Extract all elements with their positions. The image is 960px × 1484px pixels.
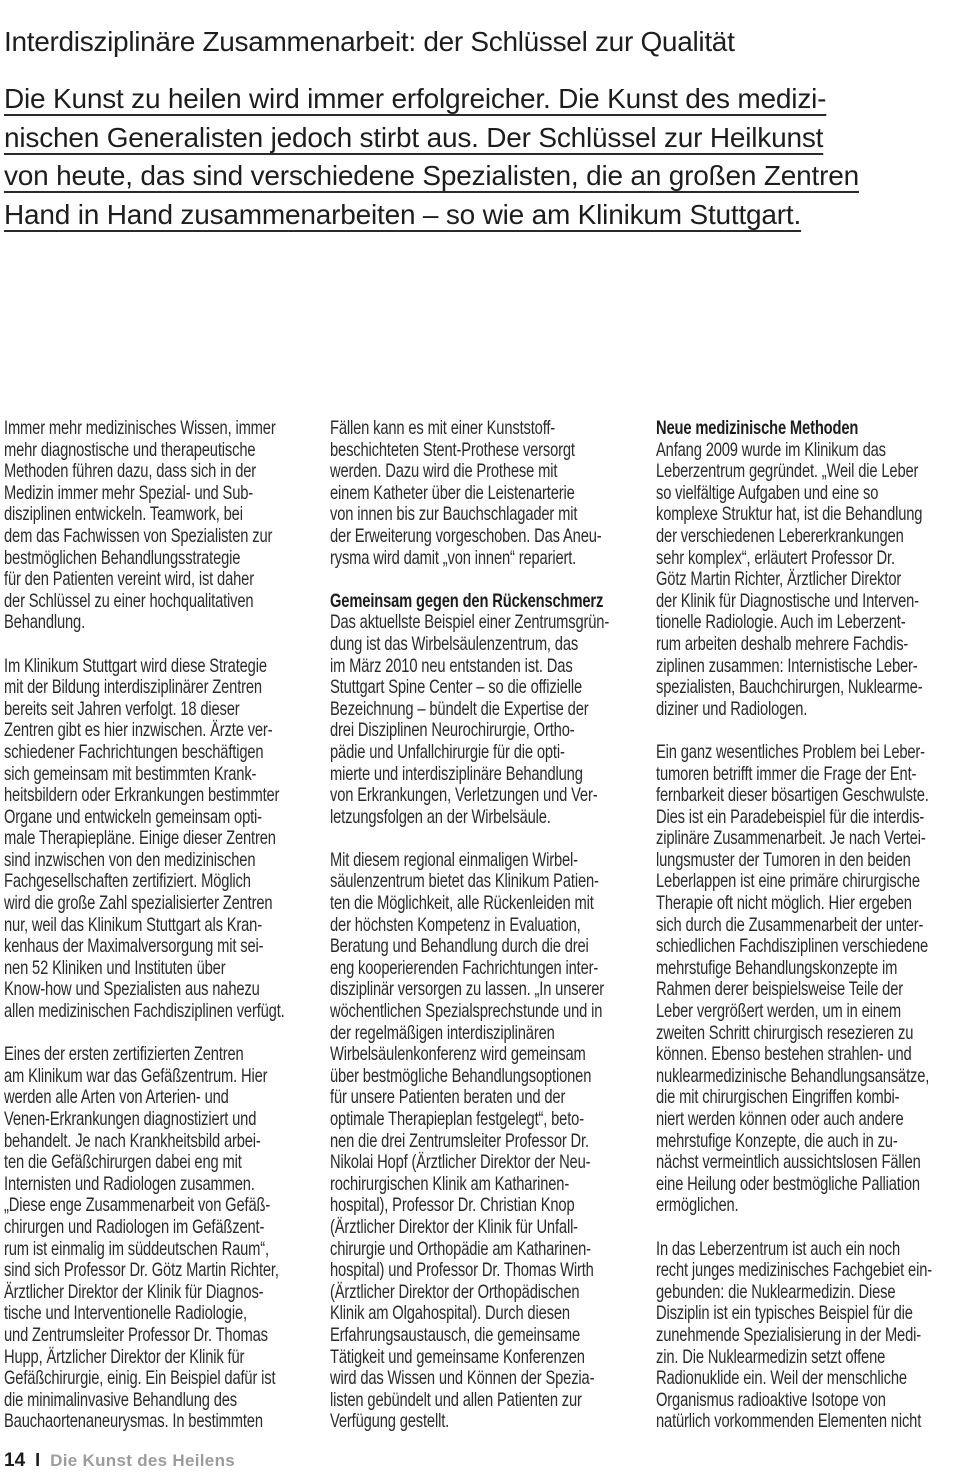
column-2: Fällen kann es mit einer Kunststoff- bes… [330,418,632,1433]
footer-publication-label: Die Kunst des Heilens [50,1451,235,1471]
paragraph: Fällen kann es mit einer Kunststoff- bes… [330,418,632,569]
paragraph: Anfang 2009 wurde im Klinikum das Leberz… [656,440,958,721]
paragraph: In das Leberzentrum ist auch ein noch re… [656,1239,958,1433]
paragraph: Eines der ersten zertifizierten Zentren … [4,1044,306,1433]
page-footer: 14 I Die Kunst des Heilens [4,1450,235,1472]
paragraph: Im Klinikum Stuttgart wird diese Strateg… [4,656,306,1023]
paragraph: Mit diesem regional einmaligen Wirbel- s… [330,850,632,1433]
page-title: Interdisziplinäre Zusammenarbeit: der Sc… [4,25,944,59]
footer-separator: I [35,1450,40,1471]
paragraph: Ein ganz wesentliches Problem bei Leber-… [656,742,958,1217]
column-3: Neue medizinische Methoden Anfang 2009 w… [656,418,958,1433]
lead-paragraph: Die Kunst zu heilen wird immer erfolgrei… [4,80,954,234]
column-1: Immer mehr medizinisches Wissen, immer m… [4,418,306,1433]
section-heading: Gemeinsam gegen den Rückenschmerz [330,591,632,613]
paragraph: Das aktuellste Beispiel einer Zentrumsgr… [330,612,632,828]
paragraph: Immer mehr medizinisches Wissen, immer m… [4,418,306,634]
section-heading: Neue medizinische Methoden [656,418,958,440]
page-number: 14 [4,1450,25,1472]
